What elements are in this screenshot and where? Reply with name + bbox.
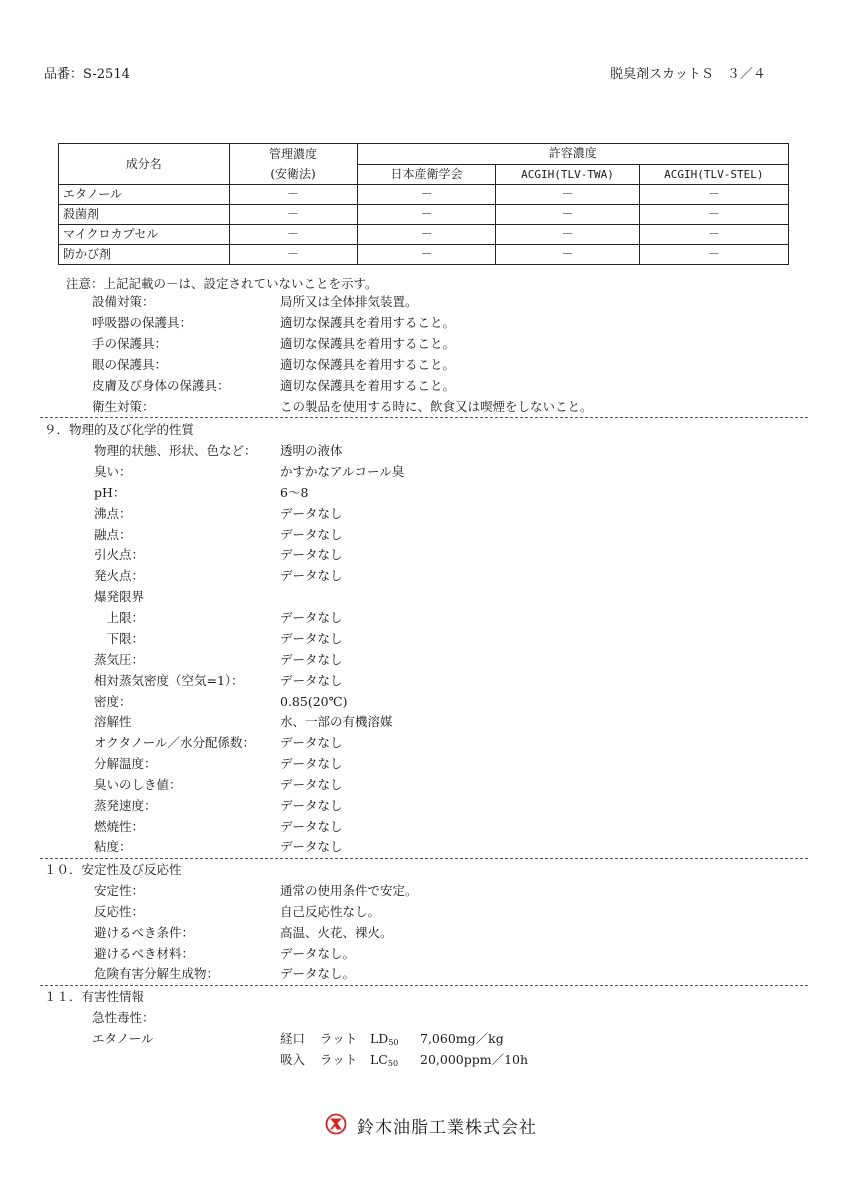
metric-subscript: 50 (388, 1038, 398, 1047)
item-value: データなし (280, 629, 343, 649)
item-label: 危険有害分解生成物： (94, 964, 219, 984)
item-label: 沸点： (94, 504, 132, 524)
item-label: 皮膚及び身体の保護具： (92, 376, 230, 396)
twa-value: － (496, 205, 639, 225)
item-label: pH： (94, 483, 125, 503)
stel-value: － (639, 245, 788, 265)
item-value: データなし (280, 817, 343, 837)
col-header-jsoh: 日本産衛学会 (357, 164, 496, 185)
control-value: － (229, 245, 357, 265)
item-label: 発火点： (94, 566, 144, 586)
section-divider (40, 858, 808, 859)
item-value: 自己反応性なし。 (280, 902, 380, 922)
item-label: 手の保護具： (92, 334, 167, 354)
item-value: 適切な保護具を着用すること。 (280, 334, 455, 354)
twa-value: － (496, 225, 639, 245)
acute-toxicity-label: 急性毒性： (92, 1008, 155, 1028)
table-row: 殺菌剤 － － － － (59, 205, 789, 225)
item-value: データなし (280, 504, 343, 524)
stel-value: － (639, 205, 788, 225)
company-logo-icon (325, 1113, 347, 1138)
section-10-title: １０．安定性及び反応性 (44, 860, 182, 878)
table-row: エタノール － － － － (59, 185, 789, 205)
item-value: 透明の液体 (280, 441, 343, 461)
item-label: 眼の保護具： (92, 355, 167, 375)
item-label: 上限： (94, 608, 144, 628)
jsoh-value: － (357, 225, 496, 245)
stel-value: － (639, 185, 788, 205)
metric: LC (370, 1050, 388, 1070)
component-name: 殺菌剤 (59, 205, 230, 225)
item-value: データなし (280, 545, 343, 565)
item-value: データなし (280, 837, 343, 857)
item-value: 適切な保護具を着用すること。 (280, 376, 455, 396)
jsoh-value: － (357, 205, 496, 225)
col-header-permissible: 許容濃度 (357, 144, 788, 165)
item-label: 蒸気圧： (94, 650, 144, 670)
table-row: マイクロカプセル － － － － (59, 225, 789, 245)
route: 吸入 (280, 1050, 320, 1070)
item-value: データなし (280, 608, 343, 628)
item-label: 融点： (94, 525, 132, 545)
item-value: 通常の使用条件で安定。 (280, 881, 418, 901)
item-label: 衛生対策： (92, 397, 155, 417)
item-label: 避けるべき材料： (94, 944, 194, 964)
item-label: 粘度： (94, 837, 132, 857)
item-value: データなし (280, 754, 343, 774)
item-label: 呼吸器の保護具： (92, 313, 192, 333)
item-label: 引火点： (94, 545, 144, 565)
tox-value: 7,060mg／kg (420, 1029, 504, 1049)
item-value: データなし (280, 733, 343, 753)
item-label: 臭い： (94, 462, 132, 482)
company-footer: 鈴木油脂工業株式会社 (325, 1113, 537, 1138)
item-label: 設備対策： (92, 292, 155, 312)
item-label: 溶解性 (94, 712, 132, 732)
item-label: 安定性： (94, 881, 144, 901)
item-label: 分解温度： (94, 754, 157, 774)
item-value: 水、一部の有機溶媒 (280, 712, 393, 732)
item-value: データなし。 (280, 944, 355, 964)
control-value: － (229, 225, 357, 245)
company-name: 鈴木油脂工業株式会社 (357, 1113, 537, 1138)
section-9-title: ９．物理的及び化学的性質 (44, 420, 194, 438)
item-value: データなし (280, 796, 343, 816)
item-label: 下限： (94, 629, 144, 649)
item-label: オクタノール／水分配係数： (94, 733, 255, 753)
jsoh-value: － (357, 185, 496, 205)
stel-value: － (639, 225, 788, 245)
metric: LD (370, 1029, 388, 1049)
control-value: － (229, 185, 357, 205)
table-note: 注意：上記記載の－は、設定されていないことを示す。 (66, 274, 378, 292)
col-header-acgih-twa: ACGIH(TLV-TWA) (496, 164, 639, 185)
product-code: 品番：S-2514 (44, 63, 130, 82)
item-value: データなし。 (280, 964, 355, 984)
exposure-limits-table: 成分名 管理濃度 (安衛法) 許容濃度 日本産衛学会 ACGIH(TLV-TWA… (58, 143, 789, 265)
item-value: 高温、火花、裸火。 (280, 923, 393, 943)
toxicity-entry: 吸入ラットLC5020,000ppm／10h (280, 1050, 528, 1074)
component-name: 防かび剤 (59, 245, 230, 265)
section-11-title: １１．有害性情報 (44, 987, 144, 1005)
item-label: 燃焼性： (94, 817, 144, 837)
tox-value: 20,000ppm／10h (420, 1050, 528, 1070)
table-row: 防かび剤 － － － － (59, 245, 789, 265)
item-value: データなし (280, 525, 343, 545)
item-value: この製品を使用する時に、飲食又は喫煙をしないこと。 (280, 397, 593, 417)
item-value: データなし (280, 775, 343, 795)
component-name: マイクロカプセル (59, 225, 230, 245)
section-divider (40, 417, 808, 418)
item-label: 反応性： (94, 902, 144, 922)
item-label: 物理的状態、形状、色など： (94, 441, 257, 461)
jsoh-value: － (357, 245, 496, 265)
item-value: データなし (280, 671, 343, 691)
item-label: 臭いのしき値： (94, 775, 182, 795)
col-header-acgih-stel: ACGIH(TLV-STEL) (639, 164, 788, 185)
item-value: 適切な保護具を着用すること。 (280, 313, 455, 333)
control-conc-line1: 管理濃度 (234, 144, 353, 164)
control-conc-line2: (安衛法) (234, 164, 353, 184)
product-name-page: 脱臭剤スカットＳ ３／４ (610, 63, 766, 82)
item-value: 0.85(20℃) (280, 692, 347, 712)
control-value: － (229, 205, 357, 225)
col-header-control-concentration: 管理濃度 (安衛法) (229, 144, 357, 185)
section-divider (40, 985, 808, 986)
item-value: データなし (280, 566, 343, 586)
item-label: 密度： (94, 692, 132, 712)
species: ラット (320, 1050, 370, 1070)
item-label: 蒸発速度： (94, 796, 157, 816)
toxicity-substance: エタノール (92, 1029, 154, 1049)
metric-subscript: 50 (388, 1059, 398, 1068)
item-label: 避けるべき条件： (94, 923, 194, 943)
item-value: データなし (280, 650, 343, 670)
component-name: エタノール (59, 185, 230, 205)
item-value: かすかなアルコール臭 (280, 462, 404, 482)
item-label: 相対蒸気密度（空気=1）： (94, 671, 244, 691)
item-value: 局所又は全体排気装置。 (280, 292, 418, 312)
item-label: 爆発限界 (94, 587, 144, 607)
route: 経口 (280, 1029, 320, 1049)
twa-value: － (496, 245, 639, 265)
twa-value: － (496, 185, 639, 205)
col-header-component: 成分名 (59, 144, 230, 185)
item-value: 適切な保護具を着用すること。 (280, 355, 455, 375)
species: ラット (320, 1029, 370, 1049)
item-value: 6～8 (280, 483, 308, 503)
